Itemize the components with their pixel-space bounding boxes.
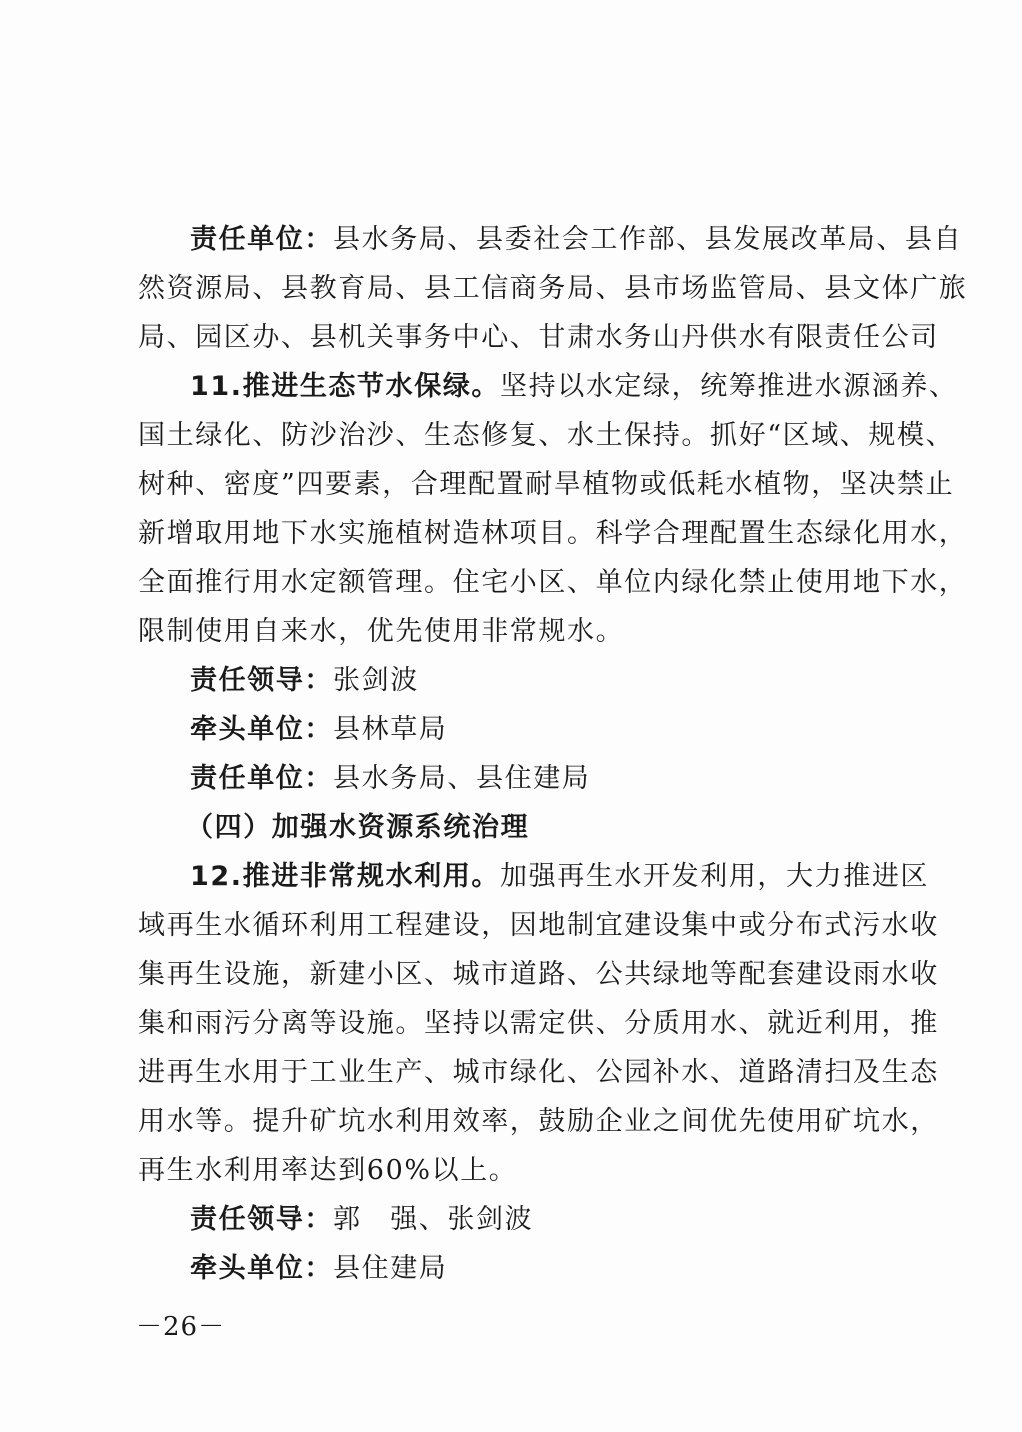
- item12-leader: 责任领导：郭 强、张剑波: [190, 1202, 930, 1238]
- resp-units-value: 县水务局、县住建局: [333, 763, 590, 794]
- item12-line-5: 进再生水用于工业生产、城市绿化、公园补水、道路清扫及生态: [138, 1055, 878, 1091]
- resp-units-label: 责任单位：: [190, 224, 333, 255]
- item11-leader: 责任领导：张剑波: [190, 663, 930, 699]
- leader-label: 责任领导：: [190, 665, 333, 696]
- document-page: 责任单位：县水务局、县委社会工作部、县发展改革局、县自 然资源局、县教育局、县工…: [0, 0, 1022, 1432]
- item11-line-2: 国土绿化、防沙治沙、生态修复、水土保持。抓好“区域、规模、: [138, 418, 878, 454]
- lead-unit-value: 县住建局: [333, 1253, 447, 1284]
- item12-lead-unit: 牵头单位：县住建局: [190, 1251, 930, 1287]
- leader-label: 责任领导：: [190, 1204, 333, 1235]
- item11-line-4: 新增取用地下水实施植树造林项目。科学合理配置生态绿化用水，: [138, 516, 878, 552]
- resp-units-label: 责任单位：: [190, 763, 333, 794]
- item11-text: 坚持以水定绿，统筹推进水源涵养、: [500, 371, 958, 402]
- lead-unit-value: 县林草局: [333, 714, 447, 745]
- leader-value: 郭 强、张剑波: [333, 1204, 533, 1235]
- section-heading: （四）加强水资源系统治理: [186, 810, 926, 846]
- resp-units-line-1: 责任单位：县水务局、县委社会工作部、县发展改革局、县自: [190, 222, 930, 258]
- resp-units-text: 县水务局、县委社会工作部、县发展改革局、县自: [333, 224, 962, 255]
- item12-line-1: 12.推进非常规水利用。加强再生水开发利用，大力推进区: [190, 859, 930, 895]
- item11-line-1: 11.推进生态节水保绿。坚持以水定绿，统筹推进水源涵养、: [190, 369, 930, 405]
- item11-resp-units: 责任单位：县水务局、县住建局: [190, 761, 930, 797]
- item12-line-4: 集和雨污分离等设施。坚持以需定供、分质用水、就近利用，推: [138, 1006, 878, 1042]
- lead-unit-label: 牵头单位：: [190, 1253, 333, 1284]
- item12-title: 12.推进非常规水利用。: [190, 861, 500, 892]
- lead-unit-label: 牵头单位：: [190, 714, 333, 745]
- leader-value: 张剑波: [333, 665, 419, 696]
- resp-units-line-3: 局、园区办、县机关事务中心、甘肃水务山丹供水有限责任公司: [138, 320, 878, 356]
- item12-line-7: 再生水利用率达到60%以上。: [138, 1153, 878, 1189]
- item11-title: 11.推进生态节水保绿。: [190, 371, 500, 402]
- item11-line-5: 全面推行用水定额管理。住宅小区、单位内绿化禁止使用地下水，: [138, 565, 878, 601]
- item11-lead-unit: 牵头单位：县林草局: [190, 712, 930, 748]
- item12-line-2: 域再生水循环利用工程建设，因地制宜建设集中或分布式污水收: [138, 908, 878, 944]
- item12-line-3: 集再生设施，新建小区、城市道路、公共绿地等配套建设雨水收: [138, 957, 878, 993]
- item12-line-6: 用水等。提升矿坑水利用效率，鼓励企业之间优先使用矿坑水，: [138, 1104, 878, 1140]
- resp-units-line-2: 然资源局、县教育局、县工信商务局、县市场监管局、县文体广旅: [138, 271, 878, 307]
- item12-text: 加强再生水开发利用，大力推进区: [500, 861, 929, 892]
- page-number: －26－: [136, 1310, 225, 1344]
- item11-line-3: 树种、密度”四要素，合理配置耐旱植物或低耗水植物，坚决禁止: [138, 467, 878, 503]
- item11-line-6: 限制使用自来水，优先使用非常规水。: [138, 614, 878, 650]
